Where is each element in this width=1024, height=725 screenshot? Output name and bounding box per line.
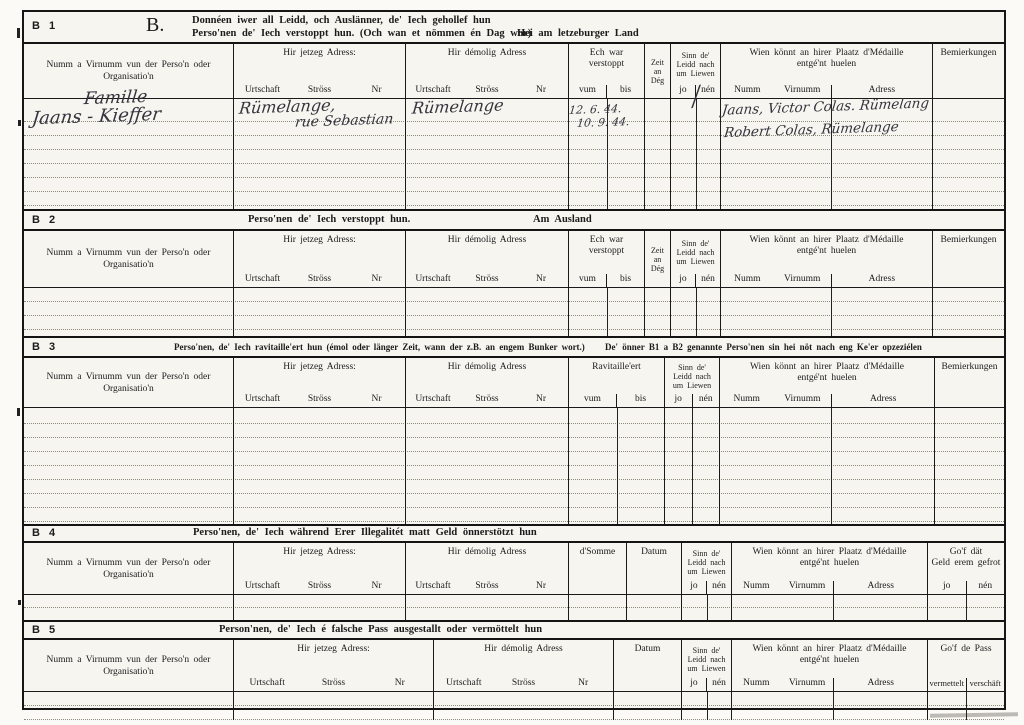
jetzeg-label: Hir jetzeg Adress: xyxy=(234,644,433,655)
divider xyxy=(833,692,834,720)
adress-label: Adress xyxy=(831,394,934,407)
sinn-label-3: um Liewen xyxy=(682,664,731,673)
nr-label: Nr xyxy=(553,678,613,688)
section-b5: B 5 Person'nen, de' Iech é falsche Pass … xyxy=(24,620,1004,720)
wien-label-2: entgé'nt huelen xyxy=(723,59,930,70)
col-jetzeg-body xyxy=(234,692,433,720)
col-datum-body xyxy=(627,595,681,620)
jetzeg-label: Hir jetzeg Adress: xyxy=(234,362,405,373)
col-dsomme: d'Somme xyxy=(569,543,627,620)
nr-label: Nr xyxy=(367,678,433,688)
col-verstoppt: Ech war verstoppt vum bis xyxy=(569,44,645,209)
nen-label: nén xyxy=(706,678,731,691)
sinn-label-2: Leidd nach xyxy=(682,655,731,664)
col-sinn-leidd: Sinn de' Leidd nach um Liewen jo nén xyxy=(682,640,732,720)
stross-label: Ströss xyxy=(291,85,348,95)
numm-label: Numm xyxy=(721,85,774,98)
nr-label: Nr xyxy=(348,274,405,284)
divider xyxy=(833,595,834,620)
col-verstoppt-body xyxy=(569,288,644,336)
col-ravitailleert-body xyxy=(569,408,664,524)
demolig-label: Hir démolig Adress xyxy=(434,644,613,655)
gof-pass-label: Go'f de Pass xyxy=(928,644,1004,655)
col-name-label: Numm a Virnumm vun der Perso'n oder Orga… xyxy=(24,247,233,271)
vum-label: vum xyxy=(569,274,606,287)
col-sinn-leidd: Sinn de' Leidd nach um Liewen jo nén xyxy=(665,358,720,524)
adress-label: Adress xyxy=(831,274,932,287)
scan-mark xyxy=(18,600,21,605)
sinn-label-2: Leidd nach xyxy=(682,558,731,567)
stross-label: Ströss xyxy=(460,581,514,591)
col-wien-medaille: Wien könnt an hirer Plaatz d'Médaille en… xyxy=(732,543,928,620)
col-demolig-adress: Hir démolig Adress Urtschaft Ströss Nr xyxy=(406,358,569,524)
col-name-body xyxy=(24,288,233,336)
jo-label: jo xyxy=(671,274,695,287)
section-b1: B 1 B. Donnéen iwer all Leidd, och Auslä… xyxy=(24,12,1004,209)
gof-geld-label-2: Geld erem gefrot xyxy=(930,558,1002,569)
col-jetzeg-adress: Hir jetzeg Adress: Urtschaft Ströss Nr xyxy=(234,44,406,209)
col-sinn-body xyxy=(682,692,731,720)
col-name: Numm a Virnumm vun der Perso'n oder Orga… xyxy=(24,543,234,620)
sinn-label-3: um Liewen xyxy=(671,257,720,266)
dsomme-label: d'Somme xyxy=(569,547,626,558)
divider xyxy=(966,692,967,720)
nen-label: nén xyxy=(706,581,731,594)
nen-label: nén xyxy=(966,581,1005,594)
col-zeit-body xyxy=(645,288,670,336)
adress-label: Adress xyxy=(833,581,927,594)
stross-label: Ströss xyxy=(460,394,514,404)
col-wien-body xyxy=(721,99,932,209)
col-demolig-body xyxy=(406,595,568,620)
virnumm-label: Virnumm xyxy=(774,394,832,407)
col-sinn-body xyxy=(665,408,719,524)
vum-label: vum xyxy=(569,85,606,98)
virnumm-label: Virnumm xyxy=(781,581,834,594)
urtschaft-label: Urtschaft xyxy=(406,274,460,284)
col-jetzeg-adress: Hir jetzeg Adress: Urtschaft Ströss Nr xyxy=(234,543,406,620)
stross-label: Ströss xyxy=(460,274,514,284)
col-datum: Datum xyxy=(614,640,682,720)
numm-label: Numm xyxy=(721,274,774,287)
divider xyxy=(831,288,832,336)
col-wien-medaille: Wien könnt an hirer Plaatz d'Médaille en… xyxy=(721,231,933,336)
col-bemierkungen: Bemierkungen xyxy=(935,358,1004,524)
stross-label: Ströss xyxy=(494,678,554,688)
col-jetzeg-adress: Hir jetzeg Adress: Urtschaft Ströss Nr xyxy=(234,358,406,524)
section-b1-title-band: B 1 B. Donnéen iwer all Leidd, och Auslä… xyxy=(24,12,1004,42)
sinn-label-1: Sinn de' xyxy=(665,363,719,372)
section-b1-title-line1: Donnéen iwer all Leidd, och Auslänner, d… xyxy=(192,15,491,26)
col-bemierkungen-body xyxy=(933,288,1004,336)
section-b5-table: Numm a Virnumm vun der Perso'n oder Orga… xyxy=(24,638,1004,720)
sinn-label-1: Sinn de' xyxy=(682,646,731,655)
sinn-label-3: um Liewen xyxy=(665,381,719,390)
urtschaft-label: Urtschaft xyxy=(434,678,494,688)
nr-label: Nr xyxy=(348,394,405,404)
nr-label: Nr xyxy=(514,394,568,404)
sinn-label-3: um Liewen xyxy=(682,567,731,576)
divider xyxy=(607,288,608,336)
col-wien-medaille: Wien könnt an hirer Plaatz d'Médaille en… xyxy=(721,44,933,209)
nen-label: nén xyxy=(695,85,720,98)
virnumm-label: Virnumm xyxy=(781,678,834,691)
col-sinn-body xyxy=(682,595,731,620)
col-gof-geld: Go'f dät Geld erem gefrot jo nén xyxy=(928,543,1004,620)
col-bemierkungen-body xyxy=(933,99,1004,209)
col-datum: Datum xyxy=(627,543,682,620)
divider xyxy=(831,99,832,209)
col-jetzeg-body xyxy=(234,99,405,209)
section-b1-id: B 1 xyxy=(32,20,58,32)
section-b2-table: Numm a Virnumm vun der Perso'n oder Orga… xyxy=(24,229,1004,336)
section-b2-title-suffix: Am Ausland xyxy=(533,214,592,225)
nr-label: Nr xyxy=(348,85,405,95)
col-bemierkungen: Bemierkungen xyxy=(933,44,1004,209)
section-b4: B 4 Perso'nen, de' Iech während Erer Ill… xyxy=(24,524,1004,620)
section-b2-title: Perso'nen de' Iech verstoppt hun. xyxy=(248,214,410,225)
section-b4-id: B 4 xyxy=(32,527,58,539)
virnumm-label: Virnumm xyxy=(774,85,831,98)
demolig-label: Hir démolig Adress xyxy=(406,547,568,558)
nr-label: Nr xyxy=(514,274,568,284)
col-verstoppt-body xyxy=(569,99,644,209)
col-name-label: Numm a Virnumm vun der Perso'n oder Orga… xyxy=(24,371,233,395)
stross-label: Ströss xyxy=(300,678,366,688)
adress-label: Adress xyxy=(831,85,932,98)
vermettelt-label: vermettelt xyxy=(928,678,966,691)
urtschaft-label: Urtschaft xyxy=(234,581,291,591)
verstoppt-label: Ech war verstoppt xyxy=(569,235,644,257)
zeit-label-1: Zeit xyxy=(645,246,670,255)
col-demolig-body xyxy=(434,692,613,720)
col-dsomme-body xyxy=(569,595,626,620)
col-sinn-leidd: Sinn de' Leidd nach um Liewen jo nén xyxy=(682,543,732,620)
nen-label: nén xyxy=(695,274,720,287)
stross-label: Ströss xyxy=(291,274,348,284)
sinn-label-2: Leidd nach xyxy=(665,372,719,381)
section-b5-id: B 5 xyxy=(32,624,58,636)
urtschaft-label: Urtschaft xyxy=(234,85,291,95)
zeit-label-2: an xyxy=(645,255,670,264)
section-b5-title: Person'nen, de' Iech é falsche Pass ausg… xyxy=(219,624,542,635)
sinn-label-1: Sinn de' xyxy=(671,239,720,248)
nr-label: Nr xyxy=(514,85,568,95)
urtschaft-label: Urtschaft xyxy=(406,394,460,404)
demolig-label: Hir démolig Adress xyxy=(406,48,568,59)
jo-label: jo xyxy=(665,394,692,407)
demolig-label: Hir démolig Adress xyxy=(406,362,568,373)
section-b4-table: Numm a Virnumm vun der Perso'n oder Orga… xyxy=(24,541,1004,620)
wien-label-1: Wien könnt an hirer Plaatz d'Médaille xyxy=(734,644,925,655)
col-name-label: Numm a Virnumm vun der Perso'n oder Orga… xyxy=(24,557,233,581)
jo-label: jo xyxy=(682,581,706,594)
sinn-label-1: Sinn de' xyxy=(671,51,720,60)
col-name: Numm a Virnumm vun der Perso'n oder Orga… xyxy=(24,231,234,336)
stross-label: Ströss xyxy=(460,85,514,95)
divider xyxy=(966,595,967,620)
section-b3-title-band: B 3 Perso'nen, de' Iech ravitaille'ert h… xyxy=(24,338,1004,356)
section-b1-letter: B. xyxy=(146,14,164,37)
section-b3-title: Perso'nen, de' Iech ravitaille'ert hun (… xyxy=(174,342,585,352)
col-wien-body xyxy=(732,692,927,720)
section-b2: B 2 Perso'nen de' Iech verstoppt hun. Am… xyxy=(24,209,1004,336)
col-demolig-body xyxy=(406,408,568,524)
stross-label: Ströss xyxy=(291,394,348,404)
col-sinn-body xyxy=(671,288,720,336)
col-jetzeg-body xyxy=(234,408,405,524)
stross-label: Ströss xyxy=(291,581,348,591)
section-b3-title-suffix: De' önner B1 a B2 genannte Perso'nen sin… xyxy=(605,342,922,352)
adress-label: Adress xyxy=(833,678,927,691)
col-verstoppt: Ech war verstoppt vum bis xyxy=(569,231,645,336)
divider xyxy=(607,99,608,209)
wien-label-2: entgé'nt huelen xyxy=(734,655,925,666)
col-zeit-an-deg: Zeit an Dég xyxy=(645,44,671,209)
zeit-label-3: Dég xyxy=(645,76,670,85)
col-datum-body xyxy=(614,692,681,720)
wien-label-2: entgé'nt huelen xyxy=(723,246,930,257)
urtschaft-label: Urtschaft xyxy=(234,394,291,404)
col-demolig-body xyxy=(406,288,568,336)
section-b4-title: Perso'nen, de' Iech während Erer Illegal… xyxy=(193,527,537,538)
col-wien-body xyxy=(720,408,934,524)
divider xyxy=(617,408,618,524)
bemierkungen-label: Bemierkungen xyxy=(933,48,1004,59)
col-demolig-adress: Hir démolig Adress Urtschaft Ströss Nr xyxy=(406,231,569,336)
verstoppt-label: Ech war verstoppt xyxy=(569,48,644,70)
divider xyxy=(692,408,693,524)
ravitailleert-label: Ravitaille'ert xyxy=(569,362,664,373)
datum-label: Datum xyxy=(614,644,681,655)
col-ravitailleert: Ravitaille'ert vum bis xyxy=(569,358,665,524)
col-wien-medaille: Wien könnt an hirer Plaatz d'Médaille en… xyxy=(732,640,928,720)
col-wien-body xyxy=(721,288,932,336)
zeit-label-2: an xyxy=(645,67,670,76)
section-b1-title-line2: Perso'nen de' Iech verstoppt hun. (Och w… xyxy=(192,28,531,39)
numm-label: Numm xyxy=(732,581,781,594)
demolig-label: Hir démolig Adress xyxy=(406,235,568,246)
col-name-label: Numm a Virnumm vun der Perso'n oder Orga… xyxy=(24,59,233,83)
verschaft-label: verschäft xyxy=(966,678,1005,691)
divider xyxy=(696,288,697,336)
section-b3-id: B 3 xyxy=(32,341,58,353)
jo-label: jo xyxy=(671,85,695,98)
urtschaft-label: Urtschaft xyxy=(406,85,460,95)
sinn-label-1: Sinn de' xyxy=(682,549,731,558)
zeit-label-1: Zeit xyxy=(645,58,670,67)
col-jetzeg-body xyxy=(234,595,405,620)
scan-mark xyxy=(17,28,20,38)
urtschaft-label: Urtschaft xyxy=(234,678,300,688)
jetzeg-label: Hir jetzeg Adress: xyxy=(234,235,405,246)
vum-label: vum xyxy=(569,394,616,407)
col-name-body xyxy=(24,99,233,209)
section-b1-title-suffix: Hei am letzeburger Land xyxy=(517,28,639,39)
bis-label: bis xyxy=(606,274,644,287)
bis-label: bis xyxy=(616,394,664,407)
section-b2-title-band: B 2 Perso'nen de' Iech verstoppt hun. Am… xyxy=(24,211,1004,229)
jo-label: jo xyxy=(682,678,706,691)
urtschaft-label: Urtschaft xyxy=(406,581,460,591)
col-name: Numm a Virnumm vun der Perso'n oder Orga… xyxy=(24,44,234,209)
col-jetzeg-adress: Hir jetzeg Adress: Urtschaft Ströss Nr xyxy=(234,231,406,336)
col-name-body xyxy=(24,692,233,720)
col-zeit-body xyxy=(645,99,670,209)
nr-label: Nr xyxy=(348,581,405,591)
section-b2-id: B 2 xyxy=(32,214,58,226)
wien-label-1: Wien könnt an hirer Plaatz d'Médaille xyxy=(722,362,932,373)
divider xyxy=(831,408,832,524)
section-b3: B 3 Perso'nen, de' Iech ravitaille'ert h… xyxy=(24,336,1004,524)
scan-mark xyxy=(18,120,21,126)
jo-label: jo xyxy=(928,581,966,594)
wien-label-2: entgé'nt huelen xyxy=(722,373,932,384)
jetzeg-label: Hir jetzeg Adress: xyxy=(234,547,405,558)
col-bemierkungen: Bemierkungen xyxy=(933,231,1004,336)
col-sinn-body xyxy=(671,99,720,209)
jetzeg-label: Hir jetzeg Adress: xyxy=(234,48,405,59)
nr-label: Nr xyxy=(514,581,568,591)
datum-label: Datum xyxy=(627,547,681,558)
col-demolig-adress: Hir démolig Adress Urtschaft Ströss Nr xyxy=(406,543,569,620)
form-frame: B 1 B. Donnéen iwer all Leidd, och Auslä… xyxy=(22,10,1006,710)
section-b5-title-band: B 5 Person'nen, de' Iech é falsche Pass … xyxy=(24,622,1004,638)
col-name: Numm a Virnumm vun der Perso'n oder Orga… xyxy=(24,358,234,524)
sinn-label-2: Leidd nach xyxy=(671,248,720,257)
col-bemierkungen-body xyxy=(935,408,1004,524)
col-name-label: Numm a Virnumm vun der Perso'n oder Orga… xyxy=(24,654,233,678)
bemierkungen-label: Bemierkungen xyxy=(933,235,1004,246)
col-name-body xyxy=(24,595,233,620)
nen-label: nén xyxy=(692,394,720,407)
col-name-body xyxy=(24,408,233,524)
numm-label: Numm xyxy=(720,394,774,407)
col-demolig-adress: Hir démolig Adress Urtschaft Ströss Nr xyxy=(434,640,614,720)
divider xyxy=(707,692,708,720)
wien-label-1: Wien könnt an hirer Plaatz d'Médaille xyxy=(723,235,930,246)
wien-label-1: Wien könnt an hirer Plaatz d'Médaille xyxy=(723,48,930,59)
sinn-label-2: Leidd nach xyxy=(671,60,720,69)
scan-mark xyxy=(17,408,20,416)
section-b4-title-band: B 4 Perso'nen, de' Iech während Erer Ill… xyxy=(24,526,1004,541)
col-name: Numm a Virnumm vun der Perso'n oder Orga… xyxy=(24,640,234,720)
col-gof-geld-body xyxy=(928,595,1004,620)
virnumm-label: Virnumm xyxy=(774,274,831,287)
col-wien-medaille: Wien könnt an hirer Plaatz d'Médaille en… xyxy=(720,358,935,524)
bis-label: bis xyxy=(606,85,644,98)
col-sinn-leidd: Sinn de' Leidd nach um Liewen jo nén xyxy=(671,231,721,336)
col-sinn-leidd: Sinn de' Leidd nach um Liewen jo nén xyxy=(671,44,721,209)
col-jetzeg-adress: Hir jetzeg Adress: Urtschaft Ströss Nr xyxy=(234,640,434,720)
bemierkungen-label: Bemierkungen xyxy=(935,362,1004,373)
section-b3-table: Numm a Virnumm vun der Perso'n oder Orga… xyxy=(24,356,1004,524)
section-b1-table: Numm a Virnumm vun der Perso'n oder Orga… xyxy=(24,42,1004,209)
sinn-label-3: um Liewen xyxy=(671,69,720,78)
wien-label-1: Wien könnt an hirer Plaatz d'Médaille xyxy=(734,547,925,558)
zeit-label-3: Dég xyxy=(645,264,670,273)
col-demolig-adress: Hir démolig Adress Urtschaft Ströss Nr xyxy=(406,44,569,209)
gof-geld-label-1: Go'f dät xyxy=(930,547,1002,558)
urtschaft-label: Urtschaft xyxy=(234,274,291,284)
col-demolig-body xyxy=(406,99,568,209)
col-gof-pass-body xyxy=(928,692,1004,720)
divider xyxy=(707,595,708,620)
col-gof-pass: Go'f de Pass vermettelt verschäft xyxy=(928,640,1004,720)
wien-label-2: entgé'nt huelen xyxy=(734,558,925,569)
col-jetzeg-body xyxy=(234,288,405,336)
col-wien-body xyxy=(732,595,927,620)
numm-label: Numm xyxy=(732,678,781,691)
divider xyxy=(696,99,697,209)
col-zeit-an-deg: Zeit an Dég xyxy=(645,231,671,336)
